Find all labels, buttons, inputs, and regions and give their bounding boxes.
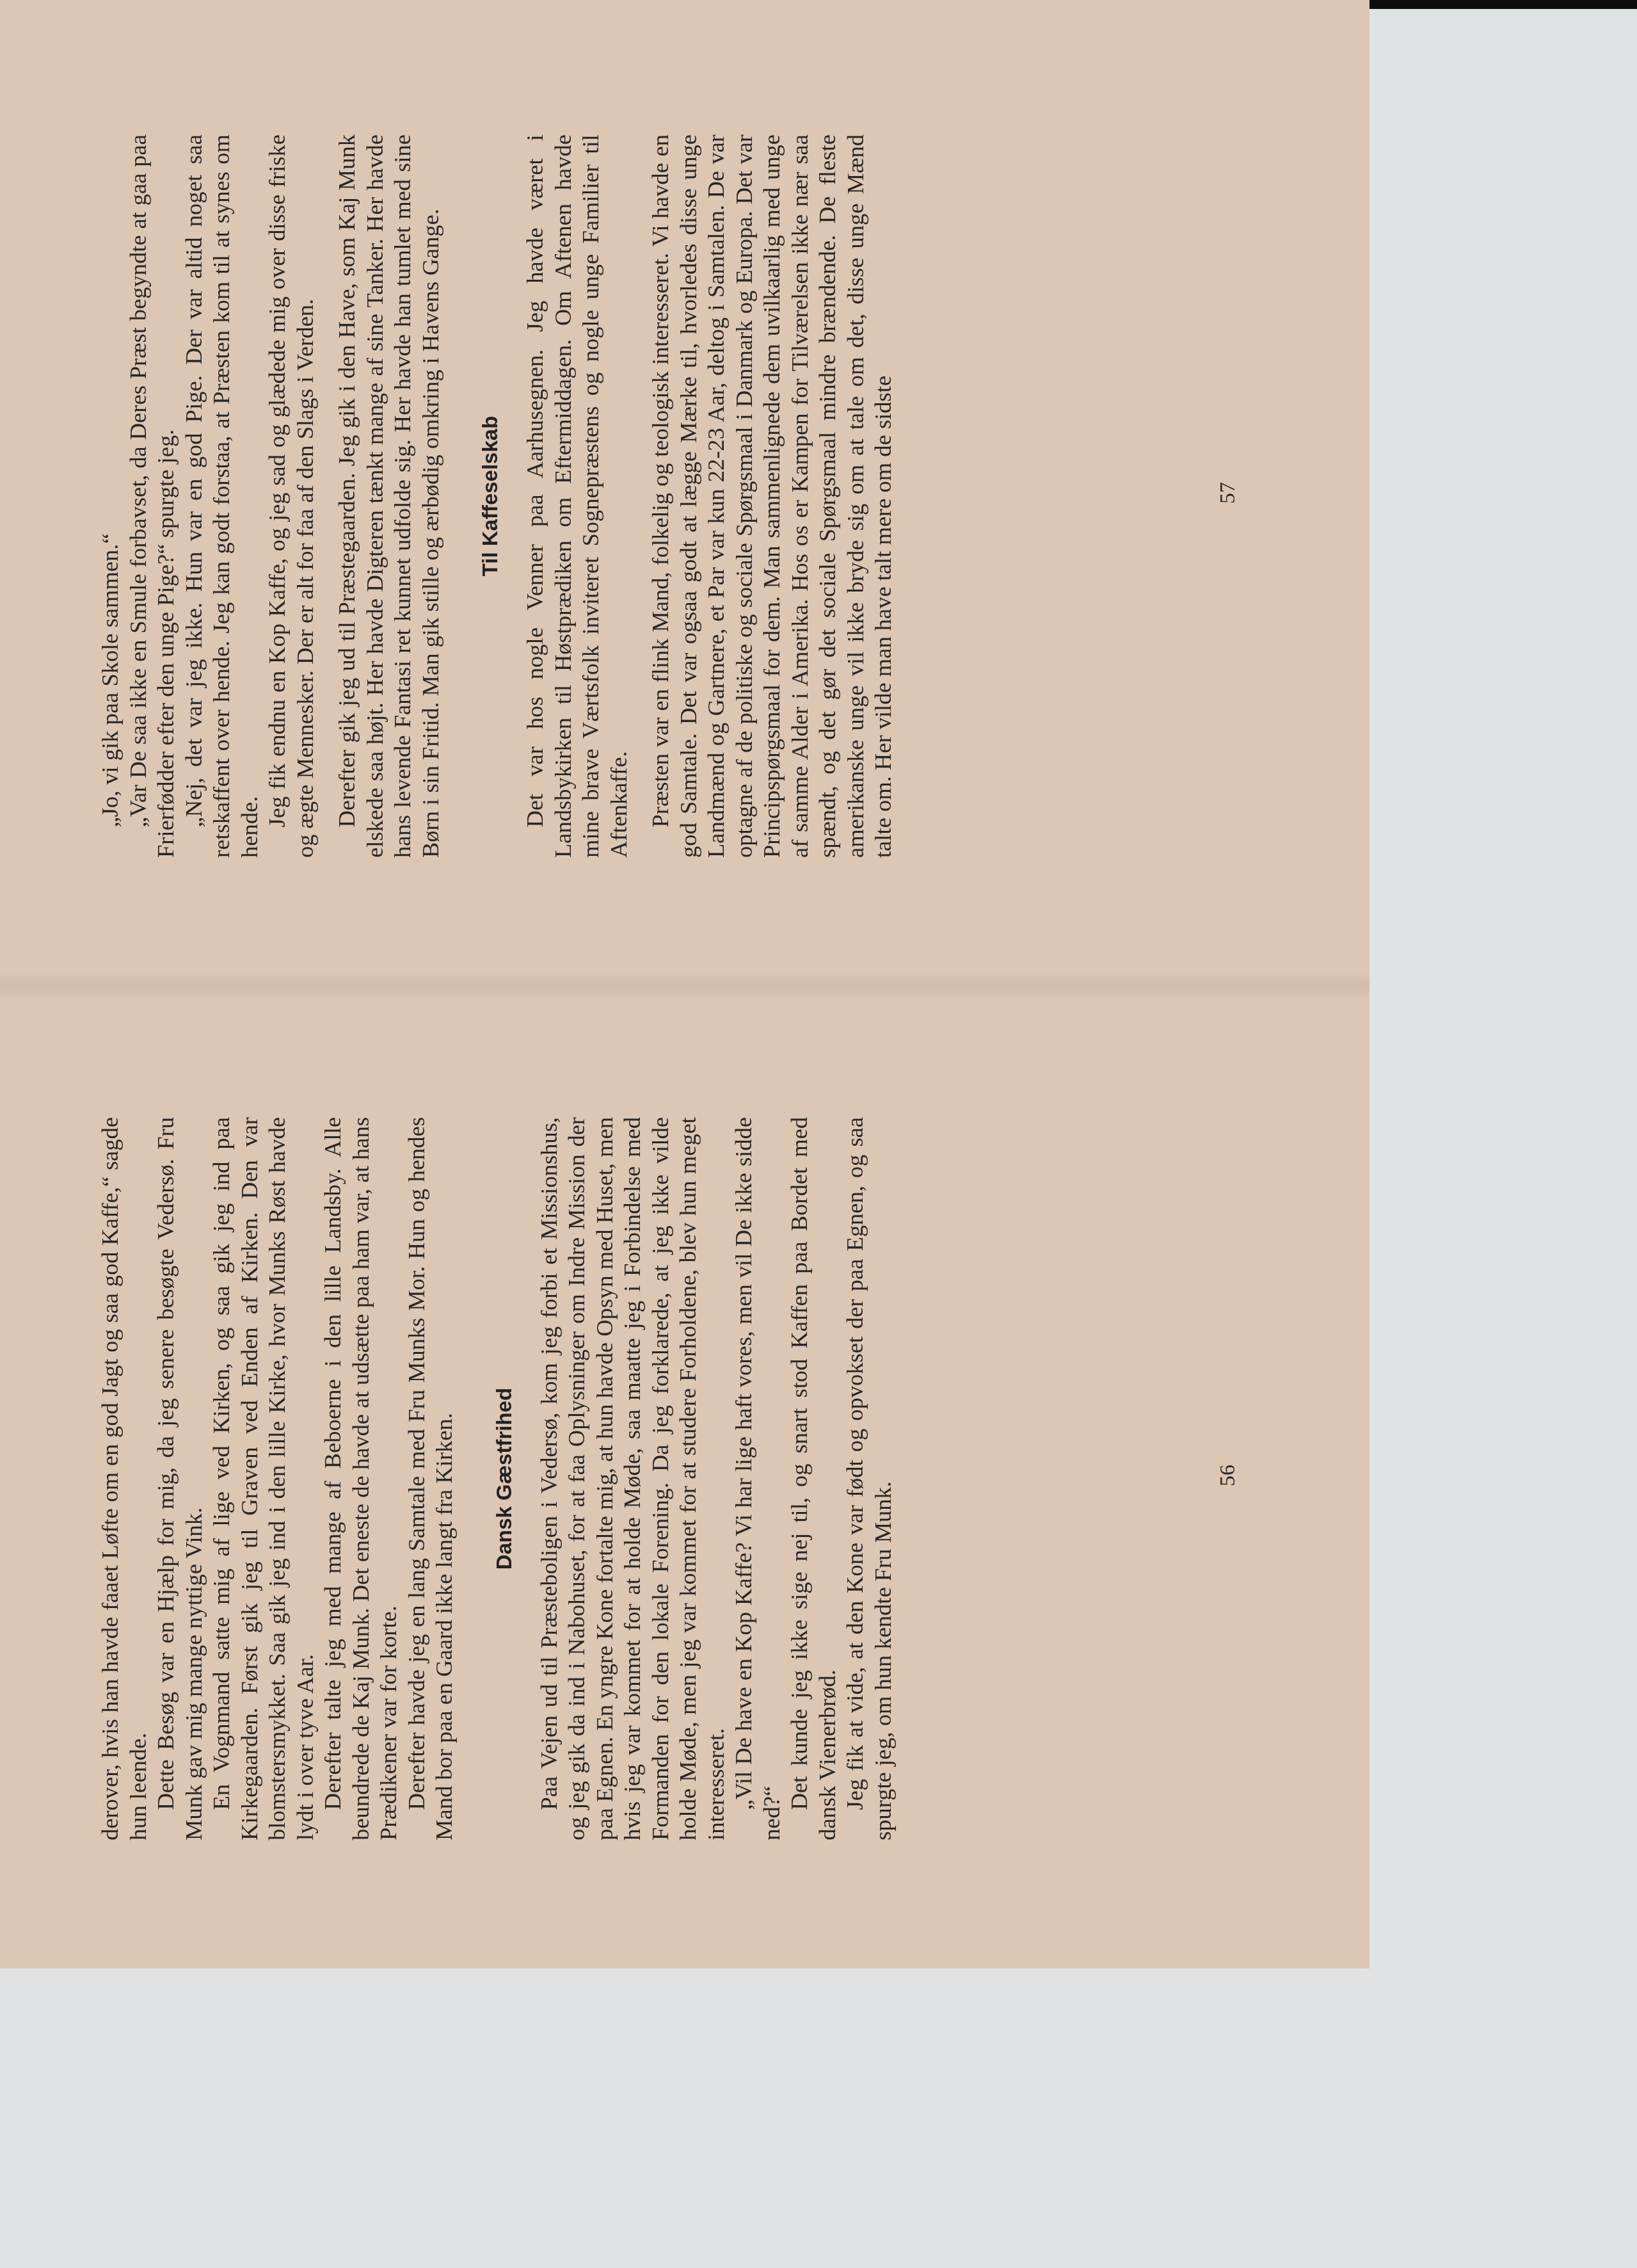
paragraph: Det var hos nogle Venner paa Aarhusegnen… — [521, 134, 632, 858]
page-57-text: „Jo, vi gik paa Skole sammen.“„Var De sa… — [96, 134, 897, 858]
paragraph: „Nej, det var jeg ikke. Hun var en god P… — [180, 134, 264, 858]
paragraph: Dette Besøg var en Hjælp for mig, da jeg… — [152, 1117, 207, 1840]
page-56-text: derover, hvis han havde faaet Løfte om e… — [96, 1117, 897, 1840]
section-heading: Dansk Gæstfrihed — [491, 1117, 517, 1840]
paragraph: Det kunde jeg ikke sige nej til, og snar… — [785, 1117, 841, 1840]
paragraph: Præsten var en flink Mand, folkelig og t… — [646, 134, 897, 858]
scanner-edge-strip — [1369, 0, 1637, 9]
page-56: derover, hvis han havde faaet Løfte om e… — [0, 983, 1369, 1968]
book-spread: „Jo, vi gik paa Skole sammen.“„Var De sa… — [0, 0, 1369, 1968]
paragraph: „Jo, vi gik paa Skole sammen.“ — [96, 134, 124, 858]
paragraph: „Var De saa ikke en Smule forbavset, da … — [124, 134, 180, 858]
paragraph: Jeg fik at vide, at den Kone var født og… — [841, 1117, 897, 1840]
page-number: 57 — [1216, 0, 1240, 986]
paragraph: Derefter havde jeg en lang Samtale med F… — [403, 1117, 458, 1840]
paragraph: En Vognmand satte mig af lige ved Kirken… — [207, 1117, 319, 1840]
paragraph: Derefter talte jeg med mange af Beboerne… — [319, 1117, 403, 1840]
paragraph: Derefter gik jeg ud til Præstegaarden. J… — [333, 134, 444, 858]
paragraph: Jeg fik endnu en Kop Kaffe, og jeg sad o… — [263, 134, 319, 858]
page-number: 56 — [1216, 983, 1240, 1968]
section-heading: Til Kaffeselskab — [477, 134, 503, 858]
paragraph-gap — [632, 134, 646, 858]
paragraph: „Vil De have en Kop Kaffe? Vi har lige h… — [730, 1117, 785, 1840]
page-57: „Jo, vi gik paa Skole sammen.“„Var De sa… — [0, 0, 1369, 986]
paragraph: Paa Vejen ud til Præsteboligen i Vedersø… — [535, 1117, 730, 1840]
paragraph-gap — [319, 134, 333, 858]
paragraph: derover, hvis han havde faaet Løfte om e… — [96, 1117, 152, 1840]
